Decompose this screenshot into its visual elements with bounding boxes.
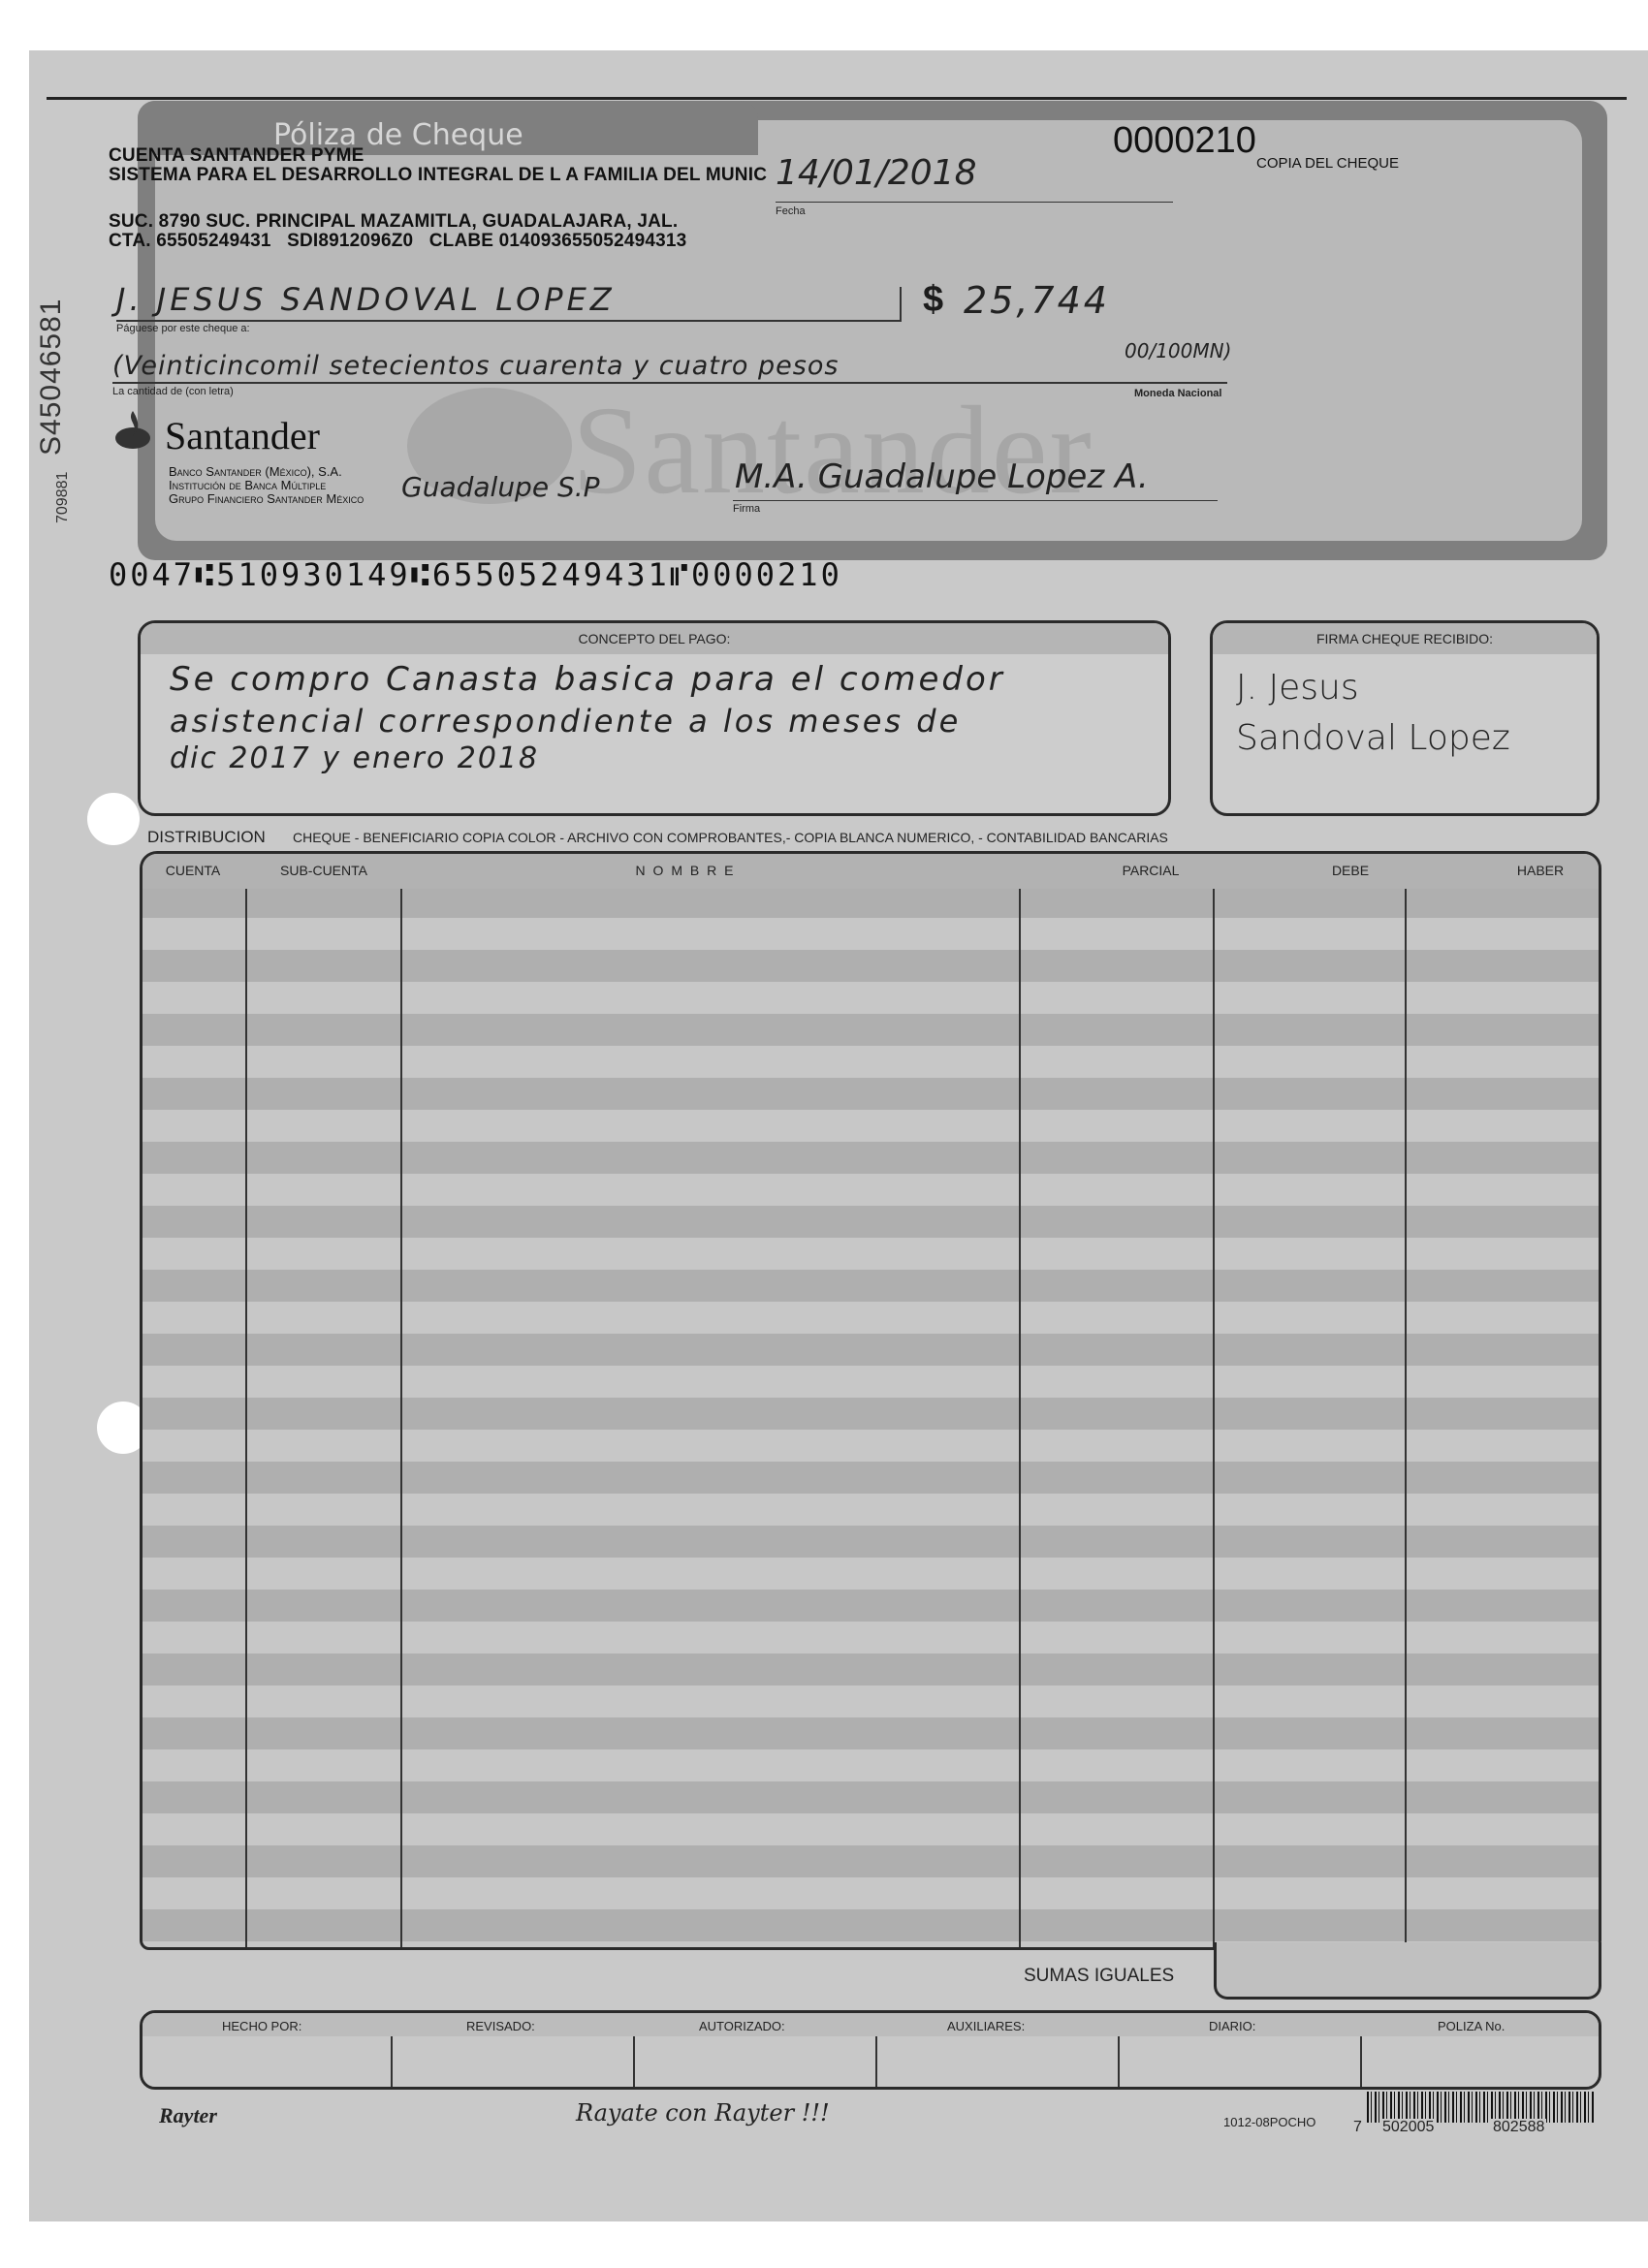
barcode-digit: 802588 <box>1491 2119 1546 2136</box>
distribution-note: CHEQUE - BENEFICIARIO COPIA COLOR - ARCH… <box>293 830 1168 845</box>
account-type: CUENTA SANTANDER PYME <box>109 145 364 167</box>
payee-divider <box>900 287 902 322</box>
date-rule <box>776 202 1173 203</box>
slogan: Rayate con Rayter !!! <box>576 2099 830 2126</box>
signoff-hecho-por: HECHO POR: <box>222 2019 301 2033</box>
amount-field[interactable]: 25,744 <box>964 279 1110 322</box>
signoff-autorizado: AUTORIZADO: <box>699 2019 785 2033</box>
barcode-digit: 7 <box>1351 2119 1364 2136</box>
copy-label: COPIA DEL CHEQUE <box>1256 155 1399 172</box>
column-divider <box>1405 889 1407 1947</box>
date-field[interactable]: 14/01/2018 <box>776 153 977 193</box>
amount-cents: 00/100MN) <box>1125 339 1231 362</box>
bank-logo: Santander <box>165 413 320 458</box>
micr-line: 0047⑆510930149⑆65505249431⑈0000210 <box>109 556 842 593</box>
bank-legal-line: Grupo Financiero Santander México <box>169 492 364 506</box>
signature-label: Firma <box>733 503 760 515</box>
side-serial: S45046581 <box>35 299 68 457</box>
bank-legal-line: Institución de Banca Múltiple <box>169 479 364 492</box>
bank-legal-text: Banco Santander (México), S.A. Instituci… <box>169 465 364 506</box>
check-number: 0000210 <box>1113 120 1256 162</box>
barcode-digit: 502005 <box>1380 2119 1436 2136</box>
column-header-cuenta: CUENTA <box>164 863 222 878</box>
totals-label: SUMAS IGUALES <box>1024 1966 1174 1987</box>
column-divider <box>1019 889 1021 1947</box>
signature[interactable]: M.A. Guadalupe Lopez A. <box>735 457 1149 496</box>
signoff-divider <box>875 2036 877 2087</box>
payee-rule <box>116 320 902 322</box>
concept-box[interactable]: CONCEPTO DEL PAGO: Se compro Canasta bas… <box>138 620 1171 816</box>
tear-line <box>47 97 1627 100</box>
product-code: 1012-08POCHO <box>1223 2115 1315 2129</box>
signoff-diario: DIARIO: <box>1209 2019 1255 2033</box>
bank-legal-line: Banco Santander (México), S.A. <box>169 465 364 479</box>
currency-label: Moneda Nacional <box>1134 388 1221 399</box>
brand-logo: Rayter <box>159 2103 217 2128</box>
signoff-divider <box>1360 2036 1362 2087</box>
column-divider <box>245 889 247 1947</box>
signoff-divider <box>1118 2036 1120 2087</box>
signoff-poliza-no: POLIZA No. <box>1438 2019 1505 2033</box>
column-header-debe: DEBE <box>1302 863 1399 878</box>
signoff-header <box>143 2013 1599 2036</box>
column-header-parcial: PARCIAL <box>1093 863 1209 878</box>
side-code: 709881 <box>54 472 72 523</box>
payee-field[interactable]: J. JESUS SANDOVAL LOPEZ <box>116 281 616 318</box>
date-label: Fecha <box>776 205 806 217</box>
concept-label: CONCEPTO DEL PAGO: <box>141 623 1168 654</box>
branch-info: SUC. 8790 SUC. PRINCIPAL MAZAMITLA, GUAD… <box>109 211 678 233</box>
signoff-auxiliares: AUXILIARES: <box>947 2019 1025 2033</box>
drawer-note: Guadalupe S.P <box>401 471 600 503</box>
santander-flame-icon <box>114 409 151 450</box>
amount-words-rule <box>112 382 1227 384</box>
signoff-revisado: REVISADO: <box>466 2019 535 2033</box>
totals-box[interactable] <box>1214 1942 1601 2000</box>
amount-words-label: La cantidad de (con letra) <box>112 386 234 397</box>
accounting-table: CUENTA SUB-CUENTA N O M B R E PARCIAL DE… <box>140 851 1601 1950</box>
distribution-label: DISTRIBUCION <box>147 828 266 847</box>
punch-hole <box>87 793 140 845</box>
payee-label: Páguese por este cheque a: <box>116 323 250 334</box>
account-holder: SISTEMA PARA EL DESARROLLO INTEGRAL DE L… <box>109 165 767 186</box>
signoff-divider <box>391 2036 393 2087</box>
received-signature-line: Sandoval Lopez <box>1236 718 1510 758</box>
column-header-sub-cuenta: SUB-CUENTA <box>270 863 377 878</box>
amount-symbol: $ <box>923 279 943 321</box>
signoff-divider <box>633 2036 635 2087</box>
column-header-haber: HABER <box>1492 863 1589 878</box>
column-divider <box>1213 889 1215 1947</box>
concept-line: Se compro Canasta basica para el comedor <box>170 660 1005 699</box>
concept-line: asistencial correspondiente a los meses … <box>170 703 961 740</box>
signoff-row: HECHO POR: REVISADO: AUTORIZADO: AUXILIA… <box>140 2010 1601 2090</box>
account-numbers: CTA. 65505249431 SDI8912096Z0 CLABE 0140… <box>109 231 686 252</box>
column-header-nombre: N O M B R E <box>433 863 937 878</box>
received-signature-box[interactable]: FIRMA CHEQUE RECIBIDO: J. Jesus Sandoval… <box>1210 620 1600 816</box>
signature-rule <box>733 500 1218 501</box>
received-signature-line: J. Jesus <box>1236 668 1359 708</box>
received-label: FIRMA CHEQUE RECIBIDO: <box>1213 623 1597 654</box>
amount-words-field[interactable]: (Veinticincomil setecientos cuarenta y c… <box>112 351 839 381</box>
column-divider <box>400 889 402 1947</box>
concept-line: dic 2017 y enero 2018 <box>170 741 539 775</box>
watermark: Santander <box>572 378 1093 523</box>
